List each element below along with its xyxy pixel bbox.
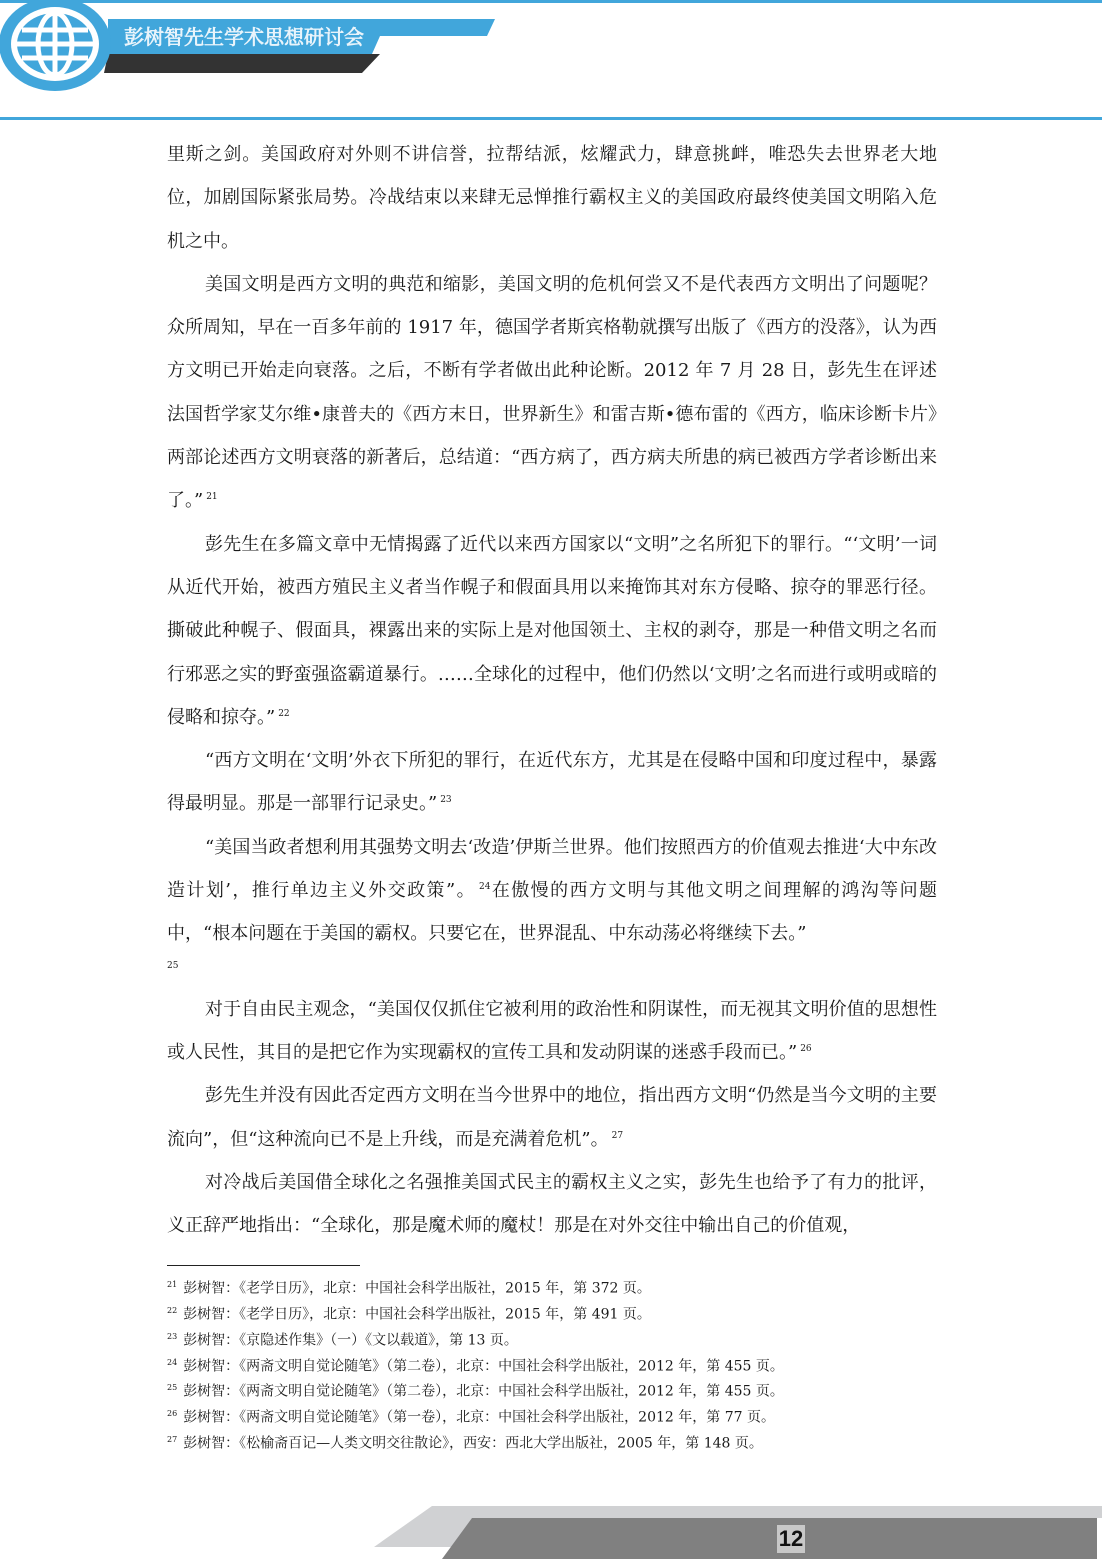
footnote-item: 23彭树智：《京隐述作集》（一）《文以载道》，第 13 页。 xyxy=(167,1326,937,1352)
footnote-separator xyxy=(167,1265,360,1266)
footnote-item: 27彭树智：《松榆斋百记—人类文明交往散论》，西安：西北大学出版社，2005 年… xyxy=(167,1429,937,1455)
footnote-number: 26 xyxy=(167,1409,177,1418)
footnote-number: 24 xyxy=(167,1358,177,1367)
paragraph-text: 彭先生在多篇文章中无情揭露了近代以来西方国家以“文明”之名所犯下的罪行。“‘文明… xyxy=(167,534,937,728)
footnote-item: 26彭树智：《两斋文明自觉论随笔》（第一卷），北京：中国社会科学出版社，2012… xyxy=(167,1403,937,1429)
footnote-item: 22彭树智：《老学日历》，北京：中国社会科学出版社，2015 年，第 491 页… xyxy=(167,1300,937,1326)
paragraph: 里斯之剑。美国政府对外则不讲信誉，拉帮结派，炫耀武力，肆意挑衅，唯恐失去世界老大… xyxy=(167,133,937,263)
footnote-ref[interactable]: 22 xyxy=(278,709,289,719)
page-number: 12 xyxy=(777,1525,805,1553)
header-title: 彭树智先生学术思想研讨会 xyxy=(124,21,364,50)
paragraph-text: 美国文明是西方文明的典范和缩影，美国文明的危机何尝又不是代表西方文明出了问题呢？… xyxy=(167,274,937,511)
footnote-number: 23 xyxy=(167,1332,177,1341)
paragraph: “美国当政者想利用其强势文明去‘改造’伊斯兰世界。他们按照西方的价值观去推进‘大… xyxy=(167,826,937,956)
footnote-text: 彭树智：《老学日历》，北京：中国社会科学出版社，2015 年，第 491 页。 xyxy=(183,1307,651,1323)
globe-icon xyxy=(0,0,111,91)
footnote-ref[interactable]: 23 xyxy=(440,795,451,805)
footnote-number: 27 xyxy=(167,1435,177,1444)
footnote-number: 22 xyxy=(167,1306,177,1315)
paragraph-text: 里斯之剑。美国政府对外则不讲信誉，拉帮结派，炫耀武力，肆意挑衅，唯恐失去世界老大… xyxy=(167,144,937,252)
header-bottom-rule xyxy=(0,117,1102,120)
footnote-ref[interactable]: 24 xyxy=(479,882,490,892)
paragraph-text: 对于自由民主观念，“美国仅仅抓住它被利用的政治性和阴谋性，而无视其文明价值的思想… xyxy=(167,999,937,1063)
footer-banner xyxy=(0,1480,1102,1559)
footnote-item: 21彭树智：《老学日历》，北京：中国社会科学出版社，2015 年，第 372 页… xyxy=(167,1274,937,1300)
footnote-number: 25 xyxy=(167,1383,177,1392)
footnotes: 21彭树智：《老学日历》，北京：中国社会科学出版社，2015 年，第 372 页… xyxy=(167,1274,937,1455)
paragraph: 彭先生在多篇文章中无情揭露了近代以来西方国家以“文明”之名所犯下的罪行。“‘文明… xyxy=(167,523,937,739)
footnote-text: 彭树智：《两斋文明自觉论随笔》（第二卷），北京：中国社会科学出版社，2012 年… xyxy=(183,1384,784,1400)
paragraph: 对冷战后美国借全球化之名强推美国式民主的霸权主义之实，彭先生也给予了有力的批评，… xyxy=(167,1161,937,1248)
paragraph: 美国文明是西方文明的典范和缩影，美国文明的危机何尝又不是代表西方文明出了问题呢？… xyxy=(167,263,937,523)
footnote-number: 21 xyxy=(167,1280,177,1289)
paragraph-text: 彭先生并没有因此否定西方文明在当今世界中的地位，指出西方文明“仍然是当今文明的主… xyxy=(167,1085,937,1149)
footnote-text: 彭树智：《松榆斋百记—人类文明交往散论》，西安：西北大学出版社，2005 年，第… xyxy=(183,1436,763,1452)
paragraph: 对于自由民主观念，“美国仅仅抓住它被利用的政治性和阴谋性，而无视其文明价值的思想… xyxy=(167,988,937,1075)
footnote-text: 彭树智：《两斋文明自觉论随笔》（第二卷），北京：中国社会科学出版社，2012 年… xyxy=(183,1358,784,1374)
footnote-text: 彭树智：《京隐述作集》（一）《文以载道》，第 13 页。 xyxy=(183,1332,518,1348)
body-text: 里斯之剑。美国政府对外则不讲信誉，拉帮结派，炫耀武力，肆意挑衅，唯恐失去世界老大… xyxy=(167,133,937,1247)
footnote-item: 24彭树智：《两斋文明自觉论随笔》（第二卷），北京：中国社会科学出版社，2012… xyxy=(167,1352,937,1378)
footnote-text: 彭树智：《两斋文明自觉论随笔》（第一卷），北京：中国社会科学出版社，2012 年… xyxy=(183,1410,775,1426)
paragraph: “西方文明在‘文明’外衣下所犯的罪行，在近代东方，尤其是在侵略中国和印度过程中，… xyxy=(167,739,937,826)
footnote-item: 25彭树智：《两斋文明自觉论随笔》（第二卷），北京：中国社会科学出版社，2012… xyxy=(167,1377,937,1403)
header-banner xyxy=(0,0,520,110)
paragraph: 彭先生并没有因此否定西方文明在当今世界中的地位，指出西方文明“仍然是当今文明的主… xyxy=(167,1074,937,1161)
footnote-ref[interactable]: 27 xyxy=(612,1131,623,1141)
footnote-ref[interactable]: 26 xyxy=(800,1044,811,1054)
paragraph-text: “西方文明在‘文明’外衣下所犯的罪行，在近代东方，尤其是在侵略中国和印度过程中，… xyxy=(167,750,937,814)
paragraph-text: 对冷战后美国借全球化之名强推美国式民主的霸权主义之实，彭先生也给予了有力的批评，… xyxy=(167,1172,937,1236)
footnote-text: 彭树智：《老学日历》，北京：中国社会科学出版社，2015 年，第 372 页。 xyxy=(183,1281,651,1297)
footnote-ref[interactable]: 25 xyxy=(167,956,937,976)
footnote-ref[interactable]: 21 xyxy=(206,492,217,502)
page-header: 彭树智先生学术思想研讨会 xyxy=(0,0,1102,125)
